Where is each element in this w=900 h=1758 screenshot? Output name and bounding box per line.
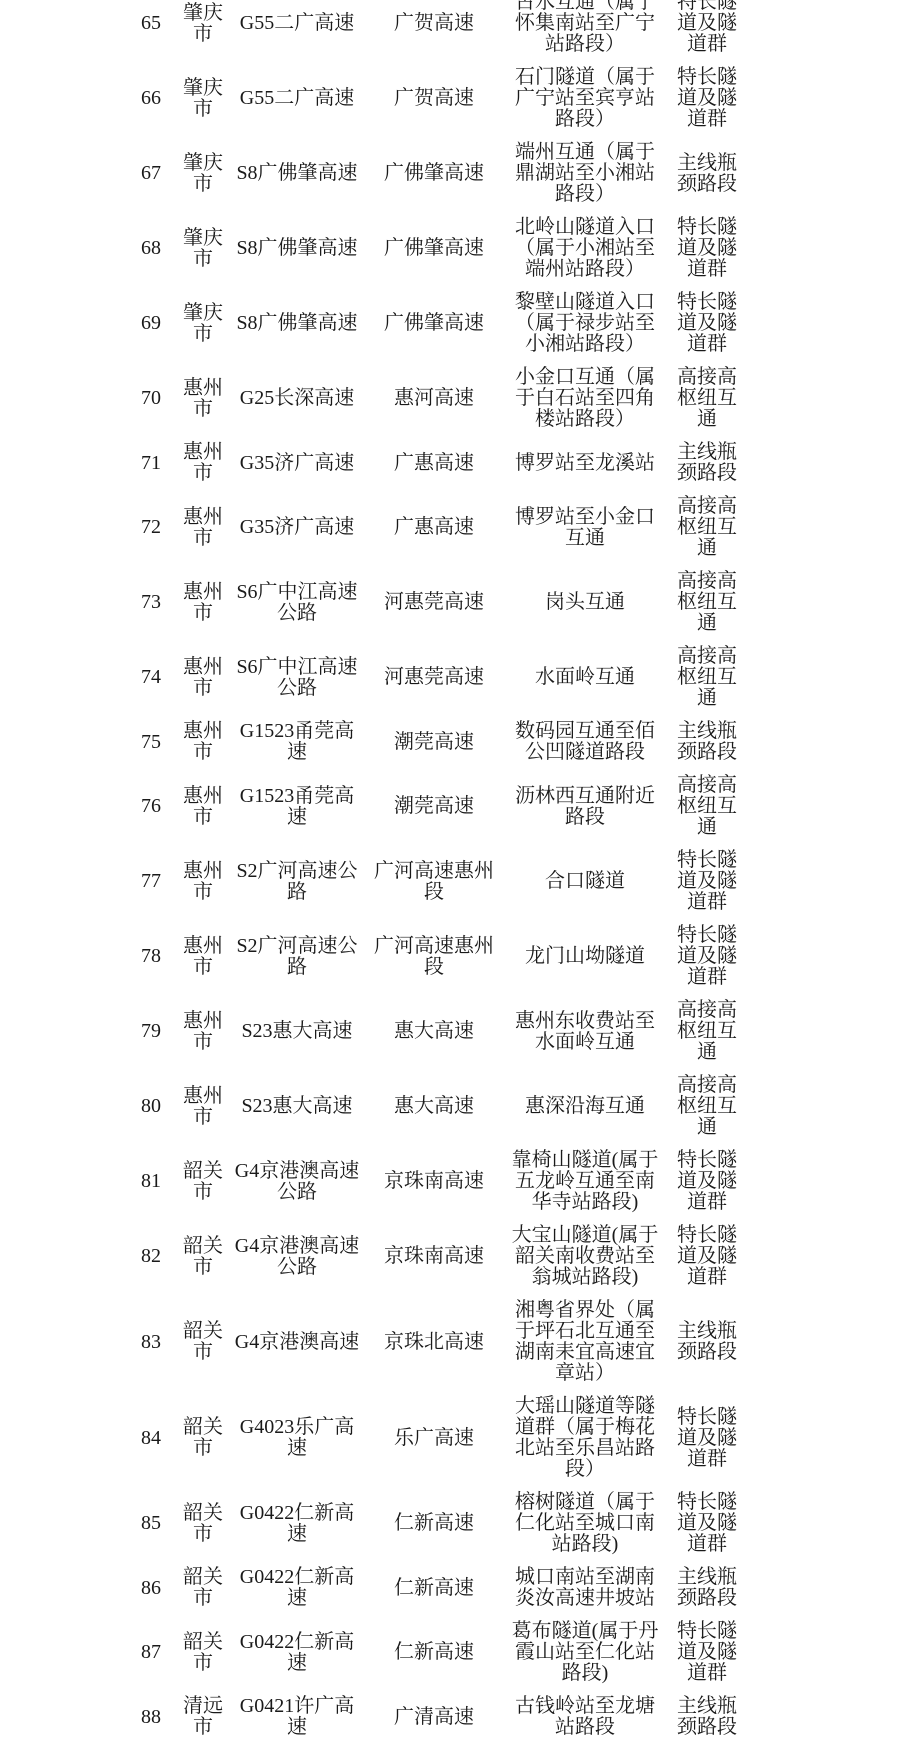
table-row: 70惠州市G25长深高速惠河高速小金口互通（属于白石站至四角楼站路段）高接高枢纽…: [126, 361, 748, 436]
location-cell: 端州互通（属于鼎湖站至小湘站路段）: [504, 136, 666, 211]
table-row: 78惠州市S2广河高速公路广河高速惠州段龙门山坳隧道特长隧道及隧道群: [126, 919, 748, 994]
city-cell: 韶关市: [176, 1219, 230, 1294]
location-cell: 博罗站至小金口互通: [504, 490, 666, 565]
location-cell: 惠州东收费站至水面岭互通: [504, 994, 666, 1069]
city-cell: 韶关市: [176, 1294, 230, 1390]
row-number-cell: 68: [126, 211, 176, 286]
location-cell: 北岭山隧道入口（属于小湘站至端州站路段）: [504, 211, 666, 286]
expressway-code-cell: G0421许广高速: [230, 1690, 364, 1744]
expressway-name-cell: 惠大高速: [364, 994, 504, 1069]
expressway-code-cell: G1523甬莞高速: [230, 715, 364, 769]
table-row: 83韶关市G4京港澳高速京珠北高速湘粤省界处（属于坪石北互通至湖南耒宜高速宜章站…: [126, 1294, 748, 1390]
city-cell: 惠州市: [176, 436, 230, 490]
congestion-type-cell: 主线瓶颈路段: [666, 1561, 748, 1615]
city-cell: 肇庆市: [176, 136, 230, 211]
row-number-cell: 85: [126, 1486, 176, 1561]
location-cell: 惠深沿海互通: [504, 1069, 666, 1144]
expressway-name-cell: 广佛肇高速: [364, 211, 504, 286]
congestion-type-cell: 高接高枢纽互通: [666, 565, 748, 640]
row-number-cell: 67: [126, 136, 176, 211]
congestion-type-cell: 特长隧道及隧道群: [666, 286, 748, 361]
location-cell: 湘粤省界处（属于坪石北互通至湖南耒宜高速宜章站）: [504, 1294, 666, 1390]
row-number-cell: 69: [126, 286, 176, 361]
expressway-name-cell: 广贺高速: [364, 0, 504, 61]
location-cell: 水面岭互通: [504, 640, 666, 715]
expressway-name-cell: 河惠莞高速: [364, 565, 504, 640]
expressway-code-cell: G1523甬莞高速: [230, 769, 364, 844]
congestion-type-cell: 高接高枢纽互通: [666, 490, 748, 565]
expressway-code-cell: G35济广高速: [230, 436, 364, 490]
city-cell: 惠州市: [176, 844, 230, 919]
row-number-cell: 86: [126, 1561, 176, 1615]
location-cell: 靠椅山隧道(属于五龙岭互通至南华寺站路段): [504, 1144, 666, 1219]
row-number-cell: 66: [126, 61, 176, 136]
table-row: 67肇庆市S8广佛肇高速广佛肇高速端州互通（属于鼎湖站至小湘站路段）主线瓶颈路段: [126, 136, 748, 211]
table-body: 65肇庆市G55二广高速广贺高速古水互通（属于怀集南站至广宁站路段）特长隧道及隧…: [126, 0, 748, 1744]
expressway-name-cell: 广贺高速: [364, 61, 504, 136]
city-cell: 惠州市: [176, 769, 230, 844]
expressway-name-cell: 惠大高速: [364, 1069, 504, 1144]
expressway-name-cell: 广清高速: [364, 1690, 504, 1744]
document-page: 65肇庆市G55二广高速广贺高速古水互通（属于怀集南站至广宁站路段）特长隧道及隧…: [0, 0, 900, 1758]
congestion-type-cell: 特长隧道及隧道群: [666, 0, 748, 61]
congestion-type-cell: 高接高枢纽互通: [666, 1069, 748, 1144]
congestion-type-cell: 高接高枢纽互通: [666, 994, 748, 1069]
expressway-name-cell: 潮莞高速: [364, 769, 504, 844]
expressway-name-cell: 仁新高速: [364, 1561, 504, 1615]
table-row: 68肇庆市S8广佛肇高速广佛肇高速北岭山隧道入口（属于小湘站至端州站路段）特长隧…: [126, 211, 748, 286]
congestion-type-cell: 特长隧道及隧道群: [666, 1144, 748, 1219]
congestion-type-cell: 特长隧道及隧道群: [666, 844, 748, 919]
location-cell: 石门隧道（属于广宁站至宾亨站路段）: [504, 61, 666, 136]
congestion-type-cell: 特长隧道及隧道群: [666, 1390, 748, 1486]
expressway-code-cell: S23惠大高速: [230, 994, 364, 1069]
row-number-cell: 73: [126, 565, 176, 640]
city-cell: 韶关市: [176, 1615, 230, 1690]
city-cell: 惠州市: [176, 640, 230, 715]
expressway-name-cell: 潮莞高速: [364, 715, 504, 769]
congestion-type-cell: 主线瓶颈路段: [666, 1294, 748, 1390]
table-row: 74惠州市S6广中江高速公路河惠莞高速水面岭互通高接高枢纽互通: [126, 640, 748, 715]
expressway-code-cell: G4京港澳高速公路: [230, 1219, 364, 1294]
congestion-section-table: 65肇庆市G55二广高速广贺高速古水互通（属于怀集南站至广宁站路段）特长隧道及隧…: [126, 0, 748, 1744]
row-number-cell: 84: [126, 1390, 176, 1486]
expressway-code-cell: G4京港澳高速公路: [230, 1144, 364, 1219]
table-row: 65肇庆市G55二广高速广贺高速古水互通（属于怀集南站至广宁站路段）特长隧道及隧…: [126, 0, 748, 61]
congestion-type-cell: 特长隧道及隧道群: [666, 919, 748, 994]
expressway-name-cell: 京珠北高速: [364, 1294, 504, 1390]
expressway-name-cell: 广惠高速: [364, 490, 504, 565]
expressway-code-cell: S8广佛肇高速: [230, 211, 364, 286]
table-row: 81韶关市G4京港澳高速公路京珠南高速靠椅山隧道(属于五龙岭互通至南华寺站路段)…: [126, 1144, 748, 1219]
city-cell: 韶关市: [176, 1390, 230, 1486]
row-number-cell: 83: [126, 1294, 176, 1390]
city-cell: 惠州市: [176, 994, 230, 1069]
city-cell: 肇庆市: [176, 211, 230, 286]
location-cell: 岗头互通: [504, 565, 666, 640]
row-number-cell: 71: [126, 436, 176, 490]
expressway-code-cell: G35济广高速: [230, 490, 364, 565]
city-cell: 肇庆市: [176, 61, 230, 136]
expressway-code-cell: G25长深高速: [230, 361, 364, 436]
row-number-cell: 87: [126, 1615, 176, 1690]
congestion-type-cell: 主线瓶颈路段: [666, 715, 748, 769]
expressway-name-cell: 仁新高速: [364, 1615, 504, 1690]
location-cell: 大瑶山隧道等隧道群（属于梅花北站至乐昌站路段）: [504, 1390, 666, 1486]
city-cell: 惠州市: [176, 490, 230, 565]
congestion-type-cell: 特长隧道及隧道群: [666, 61, 748, 136]
location-cell: 大宝山隧道(属于韶关南收费站至翁城站路段): [504, 1219, 666, 1294]
location-cell: 合口隧道: [504, 844, 666, 919]
table-row: 73惠州市S6广中江高速公路河惠莞高速岗头互通高接高枢纽互通: [126, 565, 748, 640]
expressway-code-cell: S23惠大高速: [230, 1069, 364, 1144]
expressway-code-cell: G55二广高速: [230, 0, 364, 61]
row-number-cell: 81: [126, 1144, 176, 1219]
expressway-name-cell: 仁新高速: [364, 1486, 504, 1561]
expressway-code-cell: G0422仁新高速: [230, 1486, 364, 1561]
table-row: 80惠州市S23惠大高速惠大高速惠深沿海互通高接高枢纽互通: [126, 1069, 748, 1144]
location-cell: 榕树隧道（属于仁化站至城口南站路段): [504, 1486, 666, 1561]
congestion-type-cell: 主线瓶颈路段: [666, 436, 748, 490]
table-row: 66肇庆市G55二广高速广贺高速石门隧道（属于广宁站至宾亨站路段）特长隧道及隧道…: [126, 61, 748, 136]
expressway-code-cell: S6广中江高速公路: [230, 640, 364, 715]
expressway-code-cell: G4京港澳高速: [230, 1294, 364, 1390]
expressway-name-cell: 广佛肇高速: [364, 286, 504, 361]
row-number-cell: 70: [126, 361, 176, 436]
row-number-cell: 72: [126, 490, 176, 565]
table-row: 75惠州市G1523甬莞高速潮莞高速数码园互通至佰公凹隧道路段主线瓶颈路段: [126, 715, 748, 769]
expressway-code-cell: G55二广高速: [230, 61, 364, 136]
location-cell: 古钱岭站至龙塘站路段: [504, 1690, 666, 1744]
row-number-cell: 79: [126, 994, 176, 1069]
location-cell: 博罗站至龙溪站: [504, 436, 666, 490]
congestion-type-cell: 特长隧道及隧道群: [666, 1486, 748, 1561]
table-row: 69肇庆市S8广佛肇高速广佛肇高速黎壁山隧道入口（属于禄步站至小湘站路段）特长隧…: [126, 286, 748, 361]
expressway-name-cell: 广惠高速: [364, 436, 504, 490]
table-row: 71惠州市G35济广高速广惠高速博罗站至龙溪站主线瓶颈路段: [126, 436, 748, 490]
expressway-name-cell: 广河高速惠州段: [364, 919, 504, 994]
expressway-code-cell: G0422仁新高速: [230, 1615, 364, 1690]
city-cell: 韶关市: [176, 1144, 230, 1219]
congestion-type-cell: 高接高枢纽互通: [666, 640, 748, 715]
congestion-type-cell: 主线瓶颈路段: [666, 1690, 748, 1744]
location-cell: 城口南站至湖南炎汝高速井坡站: [504, 1561, 666, 1615]
row-number-cell: 74: [126, 640, 176, 715]
city-cell: 肇庆市: [176, 286, 230, 361]
congestion-type-cell: 特长隧道及隧道群: [666, 1615, 748, 1690]
city-cell: 惠州市: [176, 1069, 230, 1144]
row-number-cell: 77: [126, 844, 176, 919]
expressway-name-cell: 京珠南高速: [364, 1219, 504, 1294]
row-number-cell: 78: [126, 919, 176, 994]
expressway-name-cell: 河惠莞高速: [364, 640, 504, 715]
row-number-cell: 88: [126, 1690, 176, 1744]
expressway-code-cell: S2广河高速公路: [230, 844, 364, 919]
congestion-type-cell: 主线瓶颈路段: [666, 136, 748, 211]
table-row: 88清远市G0421许广高速广清高速古钱岭站至龙塘站路段主线瓶颈路段: [126, 1690, 748, 1744]
city-cell: 清远市: [176, 1690, 230, 1744]
city-cell: 肇庆市: [176, 0, 230, 61]
expressway-name-cell: 惠河高速: [364, 361, 504, 436]
city-cell: 惠州市: [176, 919, 230, 994]
table-row: 84韶关市G4023乐广高速乐广高速大瑶山隧道等隧道群（属于梅花北站至乐昌站路段…: [126, 1390, 748, 1486]
expressway-name-cell: 京珠南高速: [364, 1144, 504, 1219]
congestion-type-cell: 特长隧道及隧道群: [666, 211, 748, 286]
expressway-code-cell: S8广佛肇高速: [230, 286, 364, 361]
table-row: 77惠州市S2广河高速公路广河高速惠州段合口隧道特长隧道及隧道群: [126, 844, 748, 919]
location-cell: 龙门山坳隧道: [504, 919, 666, 994]
congestion-type-cell: 高接高枢纽互通: [666, 769, 748, 844]
expressway-name-cell: 广河高速惠州段: [364, 844, 504, 919]
row-number-cell: 76: [126, 769, 176, 844]
table-row: 76惠州市G1523甬莞高速潮莞高速沥林西互通附近路段高接高枢纽互通: [126, 769, 748, 844]
location-cell: 小金口互通（属于白石站至四角楼站路段）: [504, 361, 666, 436]
table-row: 72惠州市G35济广高速广惠高速博罗站至小金口互通高接高枢纽互通: [126, 490, 748, 565]
congestion-type-cell: 高接高枢纽互通: [666, 361, 748, 436]
city-cell: 韶关市: [176, 1486, 230, 1561]
row-number-cell: 82: [126, 1219, 176, 1294]
location-cell: 数码园互通至佰公凹隧道路段: [504, 715, 666, 769]
table-row: 85韶关市G0422仁新高速仁新高速榕树隧道（属于仁化站至城口南站路段)特长隧道…: [126, 1486, 748, 1561]
row-number-cell: 65: [126, 0, 176, 61]
city-cell: 韶关市: [176, 1561, 230, 1615]
city-cell: 惠州市: [176, 565, 230, 640]
table-row: 82韶关市G4京港澳高速公路京珠南高速大宝山隧道(属于韶关南收费站至翁城站路段)…: [126, 1219, 748, 1294]
location-cell: 沥林西互通附近路段: [504, 769, 666, 844]
expressway-name-cell: 乐广高速: [364, 1390, 504, 1486]
row-number-cell: 75: [126, 715, 176, 769]
city-cell: 惠州市: [176, 361, 230, 436]
table-row: 87韶关市G0422仁新高速仁新高速葛布隧道(属于丹霞山站至仁化站路段)特长隧道…: [126, 1615, 748, 1690]
table-row: 86韶关市G0422仁新高速仁新高速城口南站至湖南炎汝高速井坡站主线瓶颈路段: [126, 1561, 748, 1615]
expressway-code-cell: G0422仁新高速: [230, 1561, 364, 1615]
location-cell: 黎壁山隧道入口（属于禄步站至小湘站路段）: [504, 286, 666, 361]
location-cell: 古水互通（属于怀集南站至广宁站路段）: [504, 0, 666, 61]
congestion-type-cell: 特长隧道及隧道群: [666, 1219, 748, 1294]
expressway-code-cell: S2广河高速公路: [230, 919, 364, 994]
city-cell: 惠州市: [176, 715, 230, 769]
expressway-code-cell: S8广佛肇高速: [230, 136, 364, 211]
expressway-code-cell: S6广中江高速公路: [230, 565, 364, 640]
expressway-code-cell: G4023乐广高速: [230, 1390, 364, 1486]
row-number-cell: 80: [126, 1069, 176, 1144]
table-row: 79惠州市S23惠大高速惠大高速惠州东收费站至水面岭互通高接高枢纽互通: [126, 994, 748, 1069]
expressway-name-cell: 广佛肇高速: [364, 136, 504, 211]
location-cell: 葛布隧道(属于丹霞山站至仁化站路段): [504, 1615, 666, 1690]
